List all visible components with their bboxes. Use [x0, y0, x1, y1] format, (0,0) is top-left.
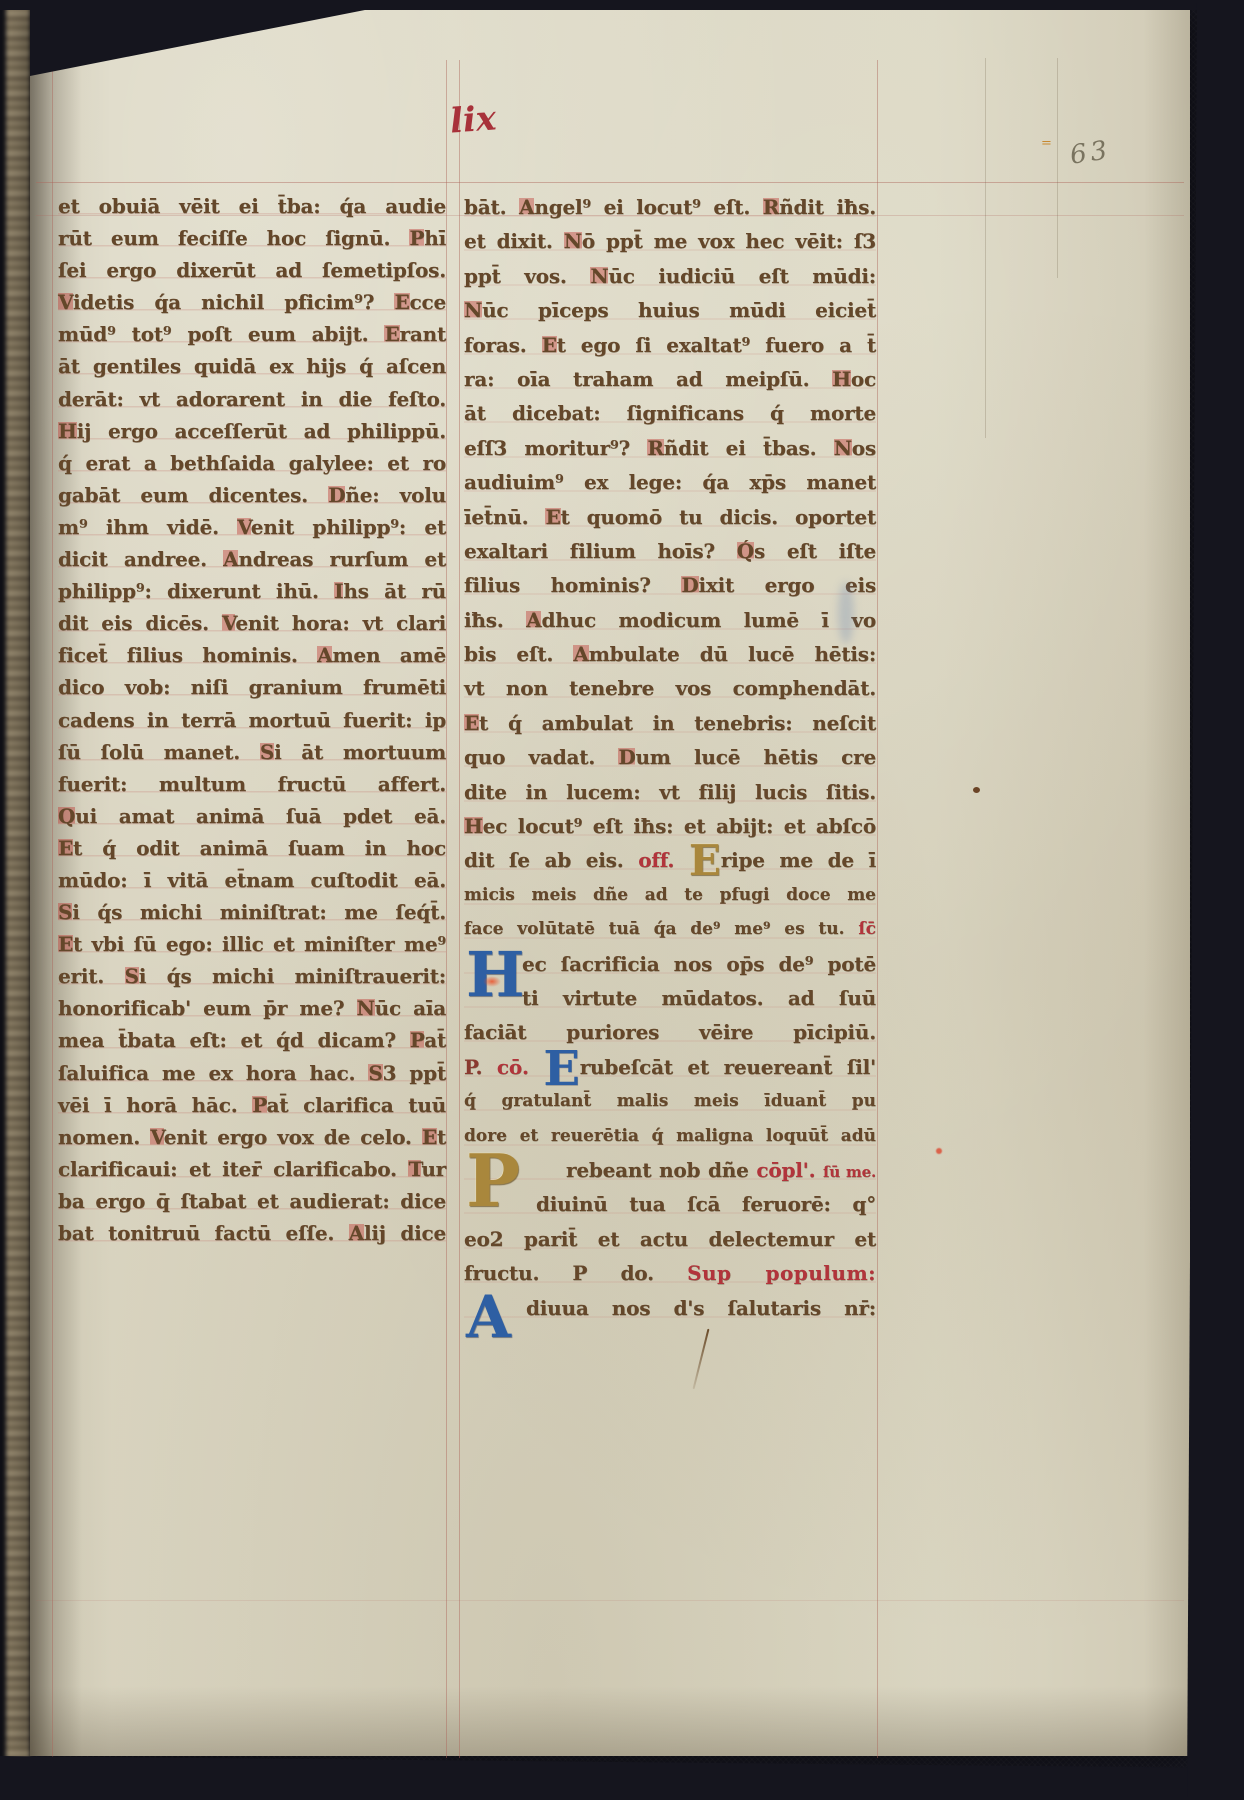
red-touched-capital: A — [573, 642, 588, 666]
red-touched-capital: V — [222, 611, 235, 635]
red-touched-capital: D — [618, 745, 635, 769]
red-touched-capital: Q — [58, 804, 75, 828]
red-touched-capital: S — [125, 964, 139, 988]
text-segment: ripe me de ī — [721, 848, 876, 872]
red-touched-capital: P — [410, 1028, 424, 1052]
text-segment: dit ſe ab eis. — [464, 848, 638, 872]
red-touched-capital: N — [357, 996, 375, 1020]
text-line: q́ gratulant̄ malis meis īduant̄ pu — [464, 1084, 876, 1118]
text-line: dit ſe ab eis. off. Eripe me de ī — [464, 843, 876, 877]
text-segment: audiuim⁹ ex lege: q́a xp̄s manet — [464, 470, 876, 494]
text-line: ſū ſolū manet. Si āt mortuum — [58, 736, 446, 768]
text-line: Si q́s michi miniſtrat: me ſeq́t̄. — [58, 896, 446, 928]
text-segment: ndreas rurſum et — [238, 547, 446, 571]
text-line: derāt: vt adorarent in die feſto. — [58, 383, 446, 415]
text-line: ſei ergo dixerūt ad ſemetipſos. — [58, 254, 446, 286]
text-segment: fuerit: multum fructū affert. — [58, 772, 446, 796]
text-segment: t — [437, 1125, 446, 1149]
text-segment: cce — [410, 290, 446, 314]
text-line: audiuim⁹ ex lege: q́a xp̄s manet — [464, 465, 876, 499]
text-segment: dit eis dicēs. — [58, 611, 222, 635]
text-segment: gabāt eum dicentes. — [58, 483, 328, 507]
text-segment: t ego ſi exaltat⁹ fuero a t̄ — [557, 333, 876, 357]
text-line: dore et reuerētia q́ maligna loquūt̄ adū — [464, 1119, 876, 1153]
text-segment: bat tonitruū factū eſſe. — [58, 1221, 349, 1245]
text-line: clarificaui: et iter̄ clarificabo. Tur — [58, 1153, 446, 1185]
text-column-right: bāt. Angel⁹ ei locut⁹ eſt. Rñdit iħs.et … — [464, 190, 876, 1325]
ruling-horizontal-bottom — [36, 1600, 1184, 1601]
text-line: Adiuua nos d's ſalutaris nr̄: — [464, 1291, 876, 1325]
text-segment: ec locut⁹ eſt iħs: et abijt: et abſcō — [483, 814, 876, 838]
text-segment: ui amat animā ſuā pdet eā. — [75, 804, 446, 828]
text-line: erit. Si q́s michi miniſtrauerit: — [58, 960, 446, 992]
text-column-left: et obuiā vēit ei t̄ba: q́a audierūt eum … — [58, 190, 446, 1249]
text-segment: ti virtute mūdatos. ad ſuū — [522, 986, 876, 1010]
text-segment: ppt̄ vos. — [464, 264, 590, 288]
text-segment: diuinū tua ſcā feruorē: q° — [536, 1192, 876, 1216]
text-line: īet̄nū. Et quomō tu dicis. oportet — [464, 500, 876, 534]
text-segment: dicit andree. — [58, 547, 223, 571]
text-line: fructu. P do. Sup populum: — [464, 1256, 876, 1290]
text-segment: t q́ odit animā ſuam in hoc — [73, 836, 446, 860]
text-segment: dore et reuerētia q́ maligna loquūt̄ adū — [464, 1126, 876, 1146]
text-line: vt non tenebre vos comphendāt. — [464, 671, 876, 705]
text-segment: mūd⁹ tot⁹ poſt eum abijt. — [58, 322, 384, 346]
text-segment: oc — [851, 367, 876, 391]
text-line: exaltari filium hoīs? Q́s eſt iſte — [464, 534, 876, 568]
text-segment: bis eſt. — [464, 642, 573, 666]
text-segment: dite in lucem: vt filij lucis ſitis. — [464, 780, 876, 804]
red-touched-capital: H — [58, 419, 77, 443]
red-touched-capital: S — [260, 740, 274, 764]
text-segment: q́ erat a bethſaida galylee: et ro — [58, 451, 446, 475]
text-line: dit eis dicēs. Venit hora: vt clari — [58, 607, 446, 639]
red-touched-capital: N — [590, 264, 608, 288]
text-line: ba ergo q̄ ſtabat et audierat: dice — [58, 1185, 446, 1217]
text-line: iħs. Adhuc modicum lumē ī vo — [464, 603, 876, 637]
text-segment: enit ergo vox de celo. — [164, 1125, 422, 1149]
backdrop-band-right — [1183, 0, 1244, 1800]
text-segment: mūdo: ī vitā et̄nam cuſtodit eā. — [58, 868, 446, 892]
red-touched-capital: H — [464, 814, 483, 838]
text-segment: filius hominis? — [464, 573, 681, 597]
text-segment: dico vob: niſi granium frumēti — [58, 675, 446, 699]
text-line: mūdo: ī vitā et̄nam cuſtodit eā. — [58, 864, 446, 896]
rubric-text: P. — [464, 1055, 497, 1079]
red-touched-capital: A — [317, 643, 332, 667]
text-segment: clarificaui: et iter̄ clarificabo. — [58, 1157, 408, 1181]
text-segment: derāt: vt adorarent in die feſto. — [58, 387, 446, 411]
text-line: āt dicebat: ſignificans q́ morte — [464, 396, 876, 430]
text-line: fuerit: multum fructū affert. — [58, 768, 446, 800]
text-line: ti virtute mūdatos. ad ſuū — [464, 981, 876, 1015]
text-line: face volūtatē tuā q́a de⁹ me⁹ es tu. ſc̄ — [464, 912, 876, 946]
text-segment: enit hora: vt clari — [235, 611, 446, 635]
red-touched-capital: E — [464, 711, 479, 735]
rubric-text: off. — [638, 848, 689, 872]
ruling-horizontal-top — [36, 182, 1184, 183]
text-line: philipp⁹: dixerunt ihū. Ihs āt rū — [58, 575, 446, 607]
text-line: eo2 parit̄ et actu delectemur et — [464, 1222, 876, 1256]
quill-test-mark: = — [1041, 136, 1051, 151]
text-line: ficet̄ filius hominis. Amen amē — [58, 639, 446, 671]
red-touched-capital: H — [832, 367, 851, 391]
text-line: Et q́ ambulat in tenebris: neſcit — [464, 706, 876, 740]
text-segment: s eſt iſte — [754, 539, 876, 563]
text-segment: ñdit iħs. — [779, 195, 876, 219]
red-touched-capital: A — [223, 547, 238, 571]
text-line: bat tonitruū factū eſſe. Alij dice — [58, 1217, 446, 1249]
text-line: dite in lucem: vt filij lucis ſitis. — [464, 775, 876, 809]
text-line: eſſ3 moritur⁹? Rñdit ei t̄bas. Nos — [464, 431, 876, 465]
text-segment: ngel⁹ ei locut⁹ eſt. — [534, 195, 762, 219]
text-line: quo vadat. Dum lucē hētis cre — [464, 740, 876, 774]
text-line: Hij ergo acceſſerūt ad philippū. — [58, 415, 446, 447]
quire-numeral: lix — [449, 98, 498, 141]
text-line: vēi ī horā hāc. Pat̄ clarifica tuū — [58, 1089, 446, 1121]
text-segment: hī — [424, 226, 446, 250]
text-segment: ur — [421, 1157, 446, 1181]
red-touched-capital: N — [464, 298, 482, 322]
text-segment: ſaluifica me ex hora hac. — [58, 1061, 368, 1085]
text-line: faciāt puriores vēire pīcipiū. — [464, 1015, 876, 1049]
stacked-page-edges — [6, 0, 30, 1800]
red-touched-capital: E — [58, 932, 73, 956]
text-line: Nūc pīceps huius mūdi eiciet̄ — [464, 293, 876, 327]
text-segment: cadens in terrā mortuū fuerit: ip — [58, 708, 446, 732]
text-line: nomen. Venit ergo vox de celo. Et — [58, 1121, 446, 1153]
text-segment: t vbi ſū ego: illic et miniſter me⁹ — [73, 932, 446, 956]
text-segment: lij dice — [364, 1221, 446, 1245]
backdrop-band-top — [0, 0, 1244, 10]
red-touched-capital: S — [58, 900, 72, 924]
text-segment: erit. — [58, 964, 125, 988]
text-line: rūt eum feciſſe hoc ſignū. Phī — [58, 222, 446, 254]
text-line: ra: oīa traham ad meipſū. Hoc — [464, 362, 876, 396]
text-line: ppt̄ vos. Nūc iudiciū eſt mūdi: — [464, 259, 876, 293]
red-touched-capital: N — [834, 436, 852, 460]
text-segment: ſei ergo dixerūt ad ſemetipſos. — [58, 258, 446, 282]
red-touched-capital: V — [237, 515, 250, 539]
text-segment: ñdit ei t̄bas. — [664, 436, 834, 460]
text-segment: rūt eum feciſſe hoc ſignū. — [58, 226, 409, 250]
red-speck — [936, 1148, 942, 1154]
text-line: Hec ſacrificia nos op̄s de⁹ potē — [464, 947, 876, 981]
text-segment: ūc aīa — [375, 996, 446, 1020]
text-segment: eo2 parit̄ et actu delectemur et — [464, 1227, 876, 1251]
text-segment: m⁹ ihm vidē. — [58, 515, 237, 539]
red-touched-capital: A — [519, 195, 534, 219]
text-segment: īet̄nū. — [464, 505, 545, 529]
text-segment: vēi ī horā hāc. — [58, 1093, 252, 1117]
text-segment: mbulate dū lucē hētis: — [589, 642, 876, 666]
text-line: cadens in terrā mortuū fuerit: ip — [58, 704, 446, 736]
text-line: m⁹ ihm vidē. Venit philipp⁹: et — [58, 511, 446, 543]
text-segment: ō ppt̄ me vox hec vēit: ſ3 — [582, 229, 876, 253]
red-touched-capital: A — [349, 1221, 364, 1245]
text-line: micis meis dñe ad te pfugi doce me — [464, 878, 876, 912]
text-segment: ficet̄ filius hominis. — [58, 643, 317, 667]
text-segment: nomen. — [58, 1125, 150, 1149]
text-segment: quo vadat. — [464, 745, 618, 769]
text-line: Et vbi ſū ego: illic et miniſter me⁹ — [58, 928, 446, 960]
rubric-text: ſū me. — [823, 1163, 876, 1181]
text-segment: idetis q́a nichil pficim⁹? — [73, 290, 395, 314]
text-line: dicit andree. Andreas rurſum et — [58, 543, 446, 575]
red-touched-capital: D — [681, 573, 698, 597]
text-line: āt gentiles quidā ex hijs q́ aſcen — [58, 350, 446, 382]
text-segment: ba ergo q̄ ſtabat et audierat: dice — [58, 1189, 446, 1213]
text-segment: hs āt rū — [343, 579, 446, 603]
text-line: filius hominis? Dixit ergo eis — [464, 568, 876, 602]
text-segment: rebeant nob dñe — [566, 1158, 756, 1182]
text-line: ſaluifica me ex hora hac. S3 ppt̄ — [58, 1057, 446, 1089]
text-segment: ra: oīa traham ad meipſū. — [464, 367, 832, 391]
rubric-text: ſc̄ — [858, 919, 876, 939]
ruling-vertical-left — [52, 60, 53, 1758]
text-segment: um lucē hētis cre — [635, 745, 876, 769]
text-line: mea t̄bata eſt: et q́d dicam? Pat̄ — [58, 1024, 446, 1056]
text-line: Qui amat animā ſuā pdet eā. — [58, 800, 446, 832]
red-touched-capital: D — [328, 483, 345, 507]
text-line: foras. Et ego ſi exaltat⁹ fuero a t̄ — [464, 328, 876, 362]
text-segment: enit philipp⁹: et — [251, 515, 446, 539]
text-line: dico vob: niſi granium frumēti — [58, 671, 446, 703]
red-touched-capital: P — [409, 226, 424, 250]
blue-pigment-smudge — [838, 582, 854, 644]
text-segment: t q́ ambulat in tenebris: neſcit — [479, 711, 876, 735]
text-line: mūd⁹ tot⁹ poſt eum abijt. Erant — [58, 318, 446, 350]
text-segment: os — [852, 436, 876, 460]
text-segment: ūc pīceps huius mūdi eiciet̄ — [482, 298, 876, 322]
text-segment: i q́s michi miniſtrauerit: — [139, 964, 446, 988]
red-touched-capital: V — [150, 1125, 163, 1149]
text-line: et dixit. Nō ppt̄ me vox hec vēit: ſ3 — [464, 224, 876, 258]
red-touched-capital: E — [545, 505, 560, 529]
red-touched-capital: E — [58, 836, 73, 860]
text-line: bāt. Angel⁹ ei locut⁹ eſt. Rñdit iħs. — [464, 190, 876, 224]
ruling-vertical-center-b — [459, 60, 460, 1758]
text-line: Prebeant nob dñe cōpl'. ſū me. — [464, 1153, 876, 1187]
text-line: et obuiā vēit ei t̄ba: q́a audie — [58, 190, 446, 222]
text-segment: ñe: volu — [345, 483, 446, 507]
text-line: q́ erat a bethſaida galylee: et ro — [58, 447, 446, 479]
text-segment: et obuiā vēit ei t̄ba: q́a audie — [58, 194, 446, 218]
red-touched-capital: V — [58, 290, 73, 314]
text-segment: q́ gratulant̄ malis meis īduant̄ pu — [464, 1091, 876, 1111]
red-touched-capital: I — [334, 579, 343, 603]
brown-speck — [973, 787, 980, 793]
text-line: honorificab' eum p̄r me? Nūc aīa — [58, 992, 446, 1024]
photograph-backdrop: { "palette":{"backdrop":"#15151e","parch… — [0, 0, 1244, 1800]
drop-cap-initial: A — [466, 1288, 511, 1346]
text-line: Et q́ odit animā ſuam in hoc — [58, 832, 446, 864]
red-touched-capital: E — [394, 290, 409, 314]
red-touched-capital: R — [763, 195, 779, 219]
text-line: gabāt eum dicentes. Dñe: volu — [58, 479, 446, 511]
page-bottom-shade — [30, 1686, 1190, 1756]
red-touched-capital: N — [564, 229, 582, 253]
text-segment: diuua nos d's ſalutaris nr̄: — [526, 1296, 876, 1320]
parchment-crease — [985, 58, 986, 438]
red-touched-capital: P — [252, 1093, 266, 1117]
rubric-text: Sup populum: — [687, 1261, 876, 1285]
text-segment: face volūtatē tuā q́a de⁹ me⁹ es tu. — [464, 919, 858, 939]
text-segment: ij ergo acceſſerūt ad philippū. — [77, 419, 446, 443]
text-line: bis eſt. Ambulate dū lucē hētis: — [464, 637, 876, 671]
red-touched-capital: E — [542, 333, 557, 357]
text-segment: at̄ clarifica tuū — [267, 1093, 446, 1117]
text-segment: ūc iudiciū eſt mūdi: — [608, 264, 876, 288]
text-segment: fructu. P do. — [464, 1261, 687, 1285]
text-segment: mea t̄bata eſt: et q́d dicam? — [58, 1028, 410, 1052]
parchment-crease-2 — [1057, 58, 1058, 278]
text-segment: men amē — [332, 643, 446, 667]
text-segment: dhuc modicum lumē ī vo — [541, 608, 876, 632]
text-segment: eſſ3 moritur⁹? — [464, 436, 647, 460]
text-line: Videtis q́a nichil pficim⁹? Ecce — [58, 286, 446, 318]
red-touched-capital: E — [422, 1125, 437, 1149]
text-line: Hec locut⁹ eſt iħs: et abijt: et abſcō — [464, 809, 876, 843]
red-touched-capital: Q́ — [737, 539, 754, 563]
text-segment: faciāt puriores vēire pīcipiū. — [464, 1020, 876, 1044]
text-segment: rant — [400, 322, 446, 346]
rubric-text: cō. — [497, 1055, 543, 1079]
backdrop-band-bottom — [0, 1752, 1244, 1800]
text-segment: i q́s michi miniſtrat: me ſeq́t̄. — [72, 900, 446, 924]
text-segment: et dixit. — [464, 229, 564, 253]
text-segment: foras. — [464, 333, 542, 357]
text-segment: i āt mortuum — [274, 740, 446, 764]
ruling-vertical-right — [877, 60, 878, 1758]
red-touched-capital: E — [384, 322, 399, 346]
text-segment: vt non tenebre vos comphendāt. — [464, 676, 876, 700]
rubric-text: cōpl'. — [756, 1158, 823, 1182]
text-segment: at̄ — [424, 1028, 446, 1052]
text-segment: rubeſcāt et reuereant̄ ſil' — [580, 1055, 876, 1079]
red-touched-capital: A — [526, 608, 541, 632]
red-touched-capital: T — [408, 1157, 421, 1181]
text-segment: micis meis dñe ad te pfugi doce me — [464, 885, 876, 905]
text-segment: iħs. — [464, 608, 526, 632]
text-segment: exaltari filium hoīs? — [464, 539, 737, 563]
text-segment: bāt. — [464, 195, 519, 219]
red-touched-capital: S — [368, 1061, 382, 1085]
text-segment: philipp⁹: dixerunt ihū. — [58, 579, 334, 603]
ruling-vertical-center-a — [446, 60, 447, 1758]
text-line: diuinū tua ſcā feruorē: q° — [464, 1187, 876, 1221]
red-touched-capital: R — [647, 436, 663, 460]
text-segment: ſū ſolū manet. — [58, 740, 260, 764]
facing-page-fore-edge — [0, 0, 32, 1800]
text-segment: āt dicebat: ſignificans q́ morte — [464, 401, 876, 425]
text-segment: āt gentiles quidā ex hijs q́ aſcen — [58, 354, 446, 378]
text-segment: 3 ppt̄ — [383, 1061, 446, 1085]
text-segment: t quomō tu dicis. oportet — [561, 505, 876, 529]
text-segment: ec ſacrificia nos op̄s de⁹ potē — [522, 952, 876, 976]
text-line: P. cō. Erubeſcāt et reuereant̄ ſil' — [464, 1050, 876, 1084]
text-segment: honorificab' eum p̄r me? — [58, 996, 357, 1020]
folio-number: 63 — [1068, 135, 1113, 170]
